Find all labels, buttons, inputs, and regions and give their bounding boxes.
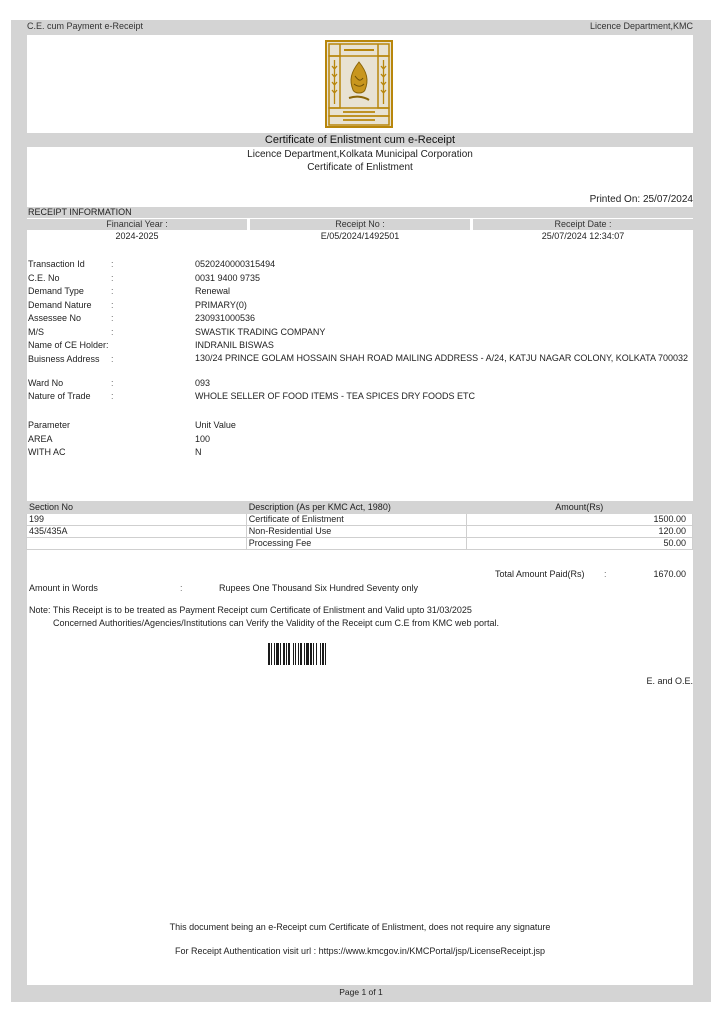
header-right-title: Licence Department,KMC (590, 21, 693, 31)
detail-colon: : (111, 326, 114, 339)
parameter-label: AREA (28, 433, 53, 446)
detail-row-ward-no: Ward No : 093 (28, 377, 690, 391)
column-header-description: Description (As per KMC Act, 1980) (246, 502, 466, 514)
cell-description: Certificate of Enlistment (246, 514, 466, 526)
receipt-date-value: 25/07/2024 12:34:07 (473, 230, 693, 242)
detail-value: 0031 9400 9735 (195, 272, 690, 285)
parameter-value: 100 (195, 433, 690, 446)
detail-row-ce-no: C.E. No : 0031 9400 9735 (28, 272, 690, 286)
detail-colon: : (111, 285, 114, 298)
detail-row-ce-holder: Name of CE Holder: INDRANIL BISWAS (28, 339, 690, 353)
cell-description: Non-Residential Use (246, 526, 466, 538)
detail-colon: : (111, 353, 114, 366)
amount-in-words-colon: : (180, 583, 183, 593)
detail-label: Ward No (28, 377, 63, 390)
detail-row-ms: M/S : SWASTIK TRADING COMPANY (28, 326, 690, 340)
authentication-url-note: For Receipt Authentication visit url : h… (27, 946, 693, 956)
cell-amount: 120.00 (466, 526, 692, 538)
column-header-section: Section No (27, 502, 247, 514)
header-left-title: C.E. cum Payment e-Receipt (27, 21, 143, 31)
parameter-label: WITH AC (28, 446, 66, 459)
detail-label: Transaction Id (28, 258, 85, 271)
detail-value: 130/24 PRINCE GOLAM HOSSAIN SHAH ROAD MA… (195, 353, 690, 364)
page-number: Page 1 of 1 (11, 987, 711, 997)
detail-value: PRIMARY(0) (195, 299, 690, 312)
receipt-no-value: E/05/2024/1492501 (250, 230, 470, 242)
receipt-no-label: Receipt No : (250, 219, 470, 230)
total-amount-colon: : (604, 569, 607, 579)
detail-value: 0520240000315494 (195, 258, 690, 271)
cell-section (27, 538, 247, 550)
table-row: 435/435A Non-Residential Use 120.00 (27, 526, 693, 538)
detail-label: Name of CE Holder: (28, 339, 109, 352)
detail-colon: : (111, 272, 114, 285)
detail-value: 230931000536 (195, 312, 690, 325)
certificate-subtitle: Certificate of Enlistment (27, 162, 693, 173)
detail-colon: : (111, 390, 114, 403)
amount-in-words-value: Rupees One Thousand Six Hundred Seventy … (219, 583, 418, 593)
errors-omissions-excepted: E. and O.E. (646, 676, 693, 686)
receipt-date-label: Receipt Date : (473, 219, 693, 230)
total-amount-value: 1670.00 (653, 569, 686, 579)
detail-value: Renewal (195, 285, 690, 298)
cell-section: 435/435A (27, 526, 247, 538)
detail-label: Demand Type (28, 285, 84, 298)
fees-table: Section No Description (As per KMC Act, … (26, 501, 693, 550)
detail-row-demand-nature: Demand Nature : PRIMARY(0) (28, 299, 690, 313)
parameter-row: WITH AC N (28, 446, 690, 460)
financial-year-value: 2024-2025 (27, 230, 247, 242)
detail-colon: : (111, 377, 114, 390)
barcode-icon (268, 643, 356, 665)
detail-row-assessee-no: Assessee No : 230931000536 (28, 312, 690, 326)
printed-on: Printed On: 25/07/2024 (590, 194, 693, 205)
cell-amount: 50.00 (466, 538, 692, 550)
detail-colon: : (111, 299, 114, 312)
detail-row-demand-type: Demand Type : Renewal (28, 285, 690, 299)
detail-label: Assessee No (28, 312, 81, 325)
detail-value: 093 (195, 377, 690, 390)
detail-colon: : (111, 258, 114, 271)
receipt-info-grid: Financial Year : 2024-2025 Receipt No : … (27, 219, 693, 242)
parameter-header-label: Parameter (28, 419, 70, 432)
detail-row-business-address: Buisness Address : 130/24 PRINCE GOLAM H… (28, 353, 690, 377)
financial-year-label: Financial Year : (27, 219, 247, 230)
detail-value: INDRANIL BISWAS (195, 339, 690, 352)
cell-section: 199 (27, 514, 247, 526)
table-row: 199 Certificate of Enlistment 1500.00 (27, 514, 693, 526)
total-amount-label: Total Amount Paid(Rs) (495, 569, 585, 579)
cell-description: Processing Fee (246, 538, 466, 550)
parameter-row: AREA 100 (28, 433, 690, 447)
detail-colon: : (111, 312, 114, 325)
certificate-title: Certificate of Enlistment cum e-Receipt (27, 133, 693, 147)
kmc-emblem-icon (325, 40, 393, 128)
amount-in-words-label: Amount in Words (29, 583, 98, 593)
detail-value: WHOLE SELLER OF FOOD ITEMS - TEA SPICES … (195, 390, 690, 403)
details-list: Transaction Id : 0520240000315494 C.E. N… (28, 258, 690, 404)
detail-label: Nature of Trade (28, 390, 91, 403)
parameter-value: N (195, 446, 690, 459)
detail-value: SWASTIK TRADING COMPANY (195, 326, 690, 339)
signature-note: This document being an e-Receipt cum Cer… (27, 922, 693, 932)
cell-amount: 1500.00 (466, 514, 692, 526)
column-header-amount: Amount(Rs) (466, 502, 692, 514)
parameters-list: Parameter Unit Value AREA 100 WITH AC N (28, 419, 690, 460)
note-line-1: Note: This Receipt is to be treated as P… (29, 605, 472, 615)
parameter-header-row: Parameter Unit Value (28, 419, 690, 433)
detail-label: M/S (28, 326, 44, 339)
department-name: Licence Department,Kolkata Municipal Cor… (27, 149, 693, 160)
note-line-2: Concerned Authorities/Agencies/Instituti… (53, 618, 499, 628)
detail-label: Demand Nature (28, 299, 92, 312)
table-row: Processing Fee 50.00 (27, 538, 693, 550)
detail-row-transaction-id: Transaction Id : 0520240000315494 (28, 258, 690, 272)
detail-label: Buisness Address (28, 353, 100, 366)
financial-year: Financial Year : 2024-2025 (27, 219, 247, 242)
parameter-header-value: Unit Value (195, 419, 690, 432)
receipt-no: Receipt No : E/05/2024/1492501 (250, 219, 470, 242)
detail-row-nature-of-trade: Nature of Trade : WHOLE SELLER OF FOOD I… (28, 390, 690, 404)
fees-table-header: Section No Description (As per KMC Act, … (27, 502, 693, 514)
receipt-date: Receipt Date : 25/07/2024 12:34:07 (473, 219, 693, 242)
detail-label: C.E. No (28, 272, 60, 285)
receipt-info-heading: RECEIPT INFORMATION (27, 207, 693, 218)
